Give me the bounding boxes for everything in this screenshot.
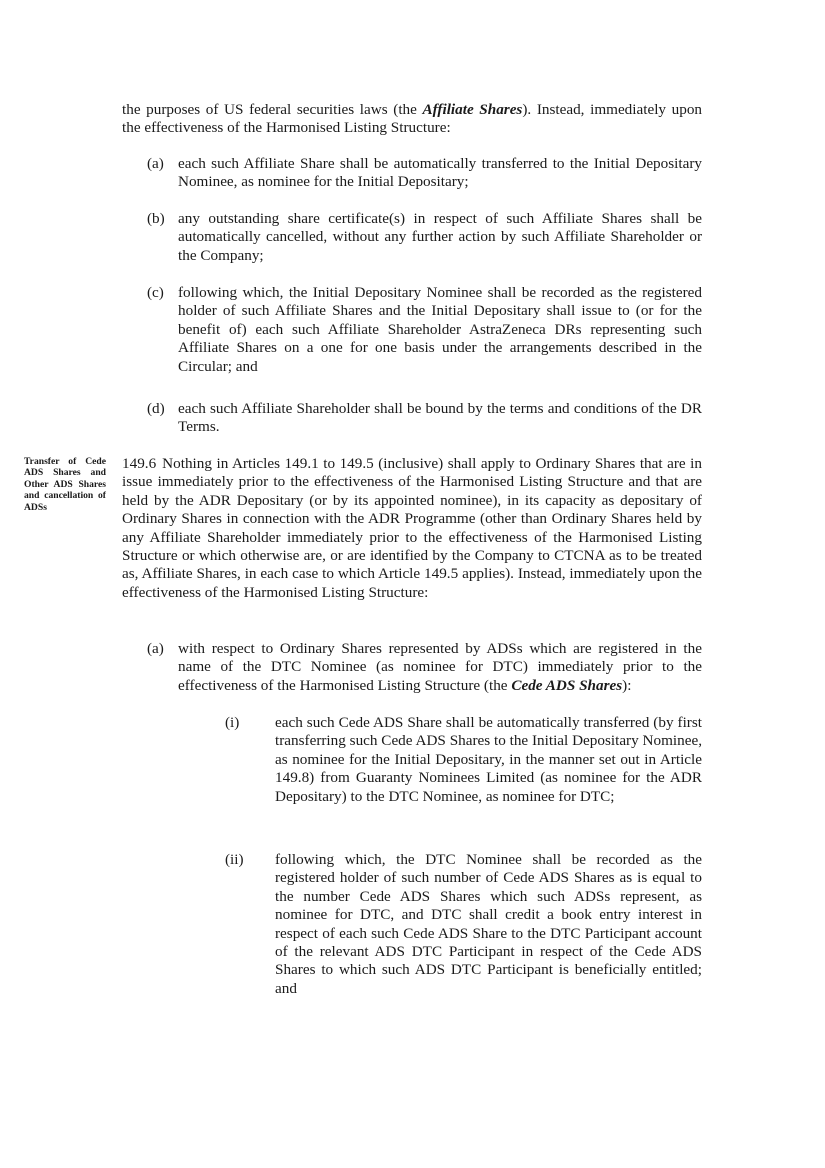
intro-text-before: the purposes of US federal securities la… [122, 101, 423, 118]
item-text: with respect to Ordinary Shares represen… [178, 640, 702, 695]
cede-text-after: ): [622, 677, 631, 694]
item-label: (c) [147, 284, 164, 302]
defined-term-affiliate-shares: Affiliate Shares [423, 101, 523, 118]
intro-paragraph: the purposes of US federal securities la… [122, 101, 702, 138]
subitem-text: following which, the DTC Nominee shall b… [275, 851, 702, 998]
margin-note-heading: Transfer of Cede ADS Shares and Other AD… [24, 456, 106, 513]
item-text: each such Affiliate Share shall be autom… [178, 155, 702, 192]
subitem-text: each such Cede ADS Share shall be automa… [275, 714, 702, 806]
subitem-label: (i) [225, 714, 239, 732]
clause-number: 149.6 [122, 455, 156, 472]
item-label: (b) [147, 210, 165, 228]
item-label: (a) [147, 640, 164, 658]
subitem-label: (ii) [225, 851, 244, 869]
item-text: any outstanding share certificate(s) in … [178, 210, 702, 265]
defined-term-cede-ads-shares: Cede ADS Shares [511, 677, 622, 694]
item-text: each such Affiliate Shareholder shall be… [178, 400, 702, 437]
clause-text: Nothing in Articles 149.1 to 149.5 (incl… [122, 455, 702, 601]
document-page: the purposes of US federal securities la… [0, 0, 825, 1168]
item-label: (d) [147, 400, 165, 418]
item-text: following which, the Initial Depositary … [178, 284, 702, 376]
clause-149-6: 149.6Nothing in Articles 149.1 to 149.5 … [122, 455, 702, 602]
item-label: (a) [147, 155, 164, 173]
